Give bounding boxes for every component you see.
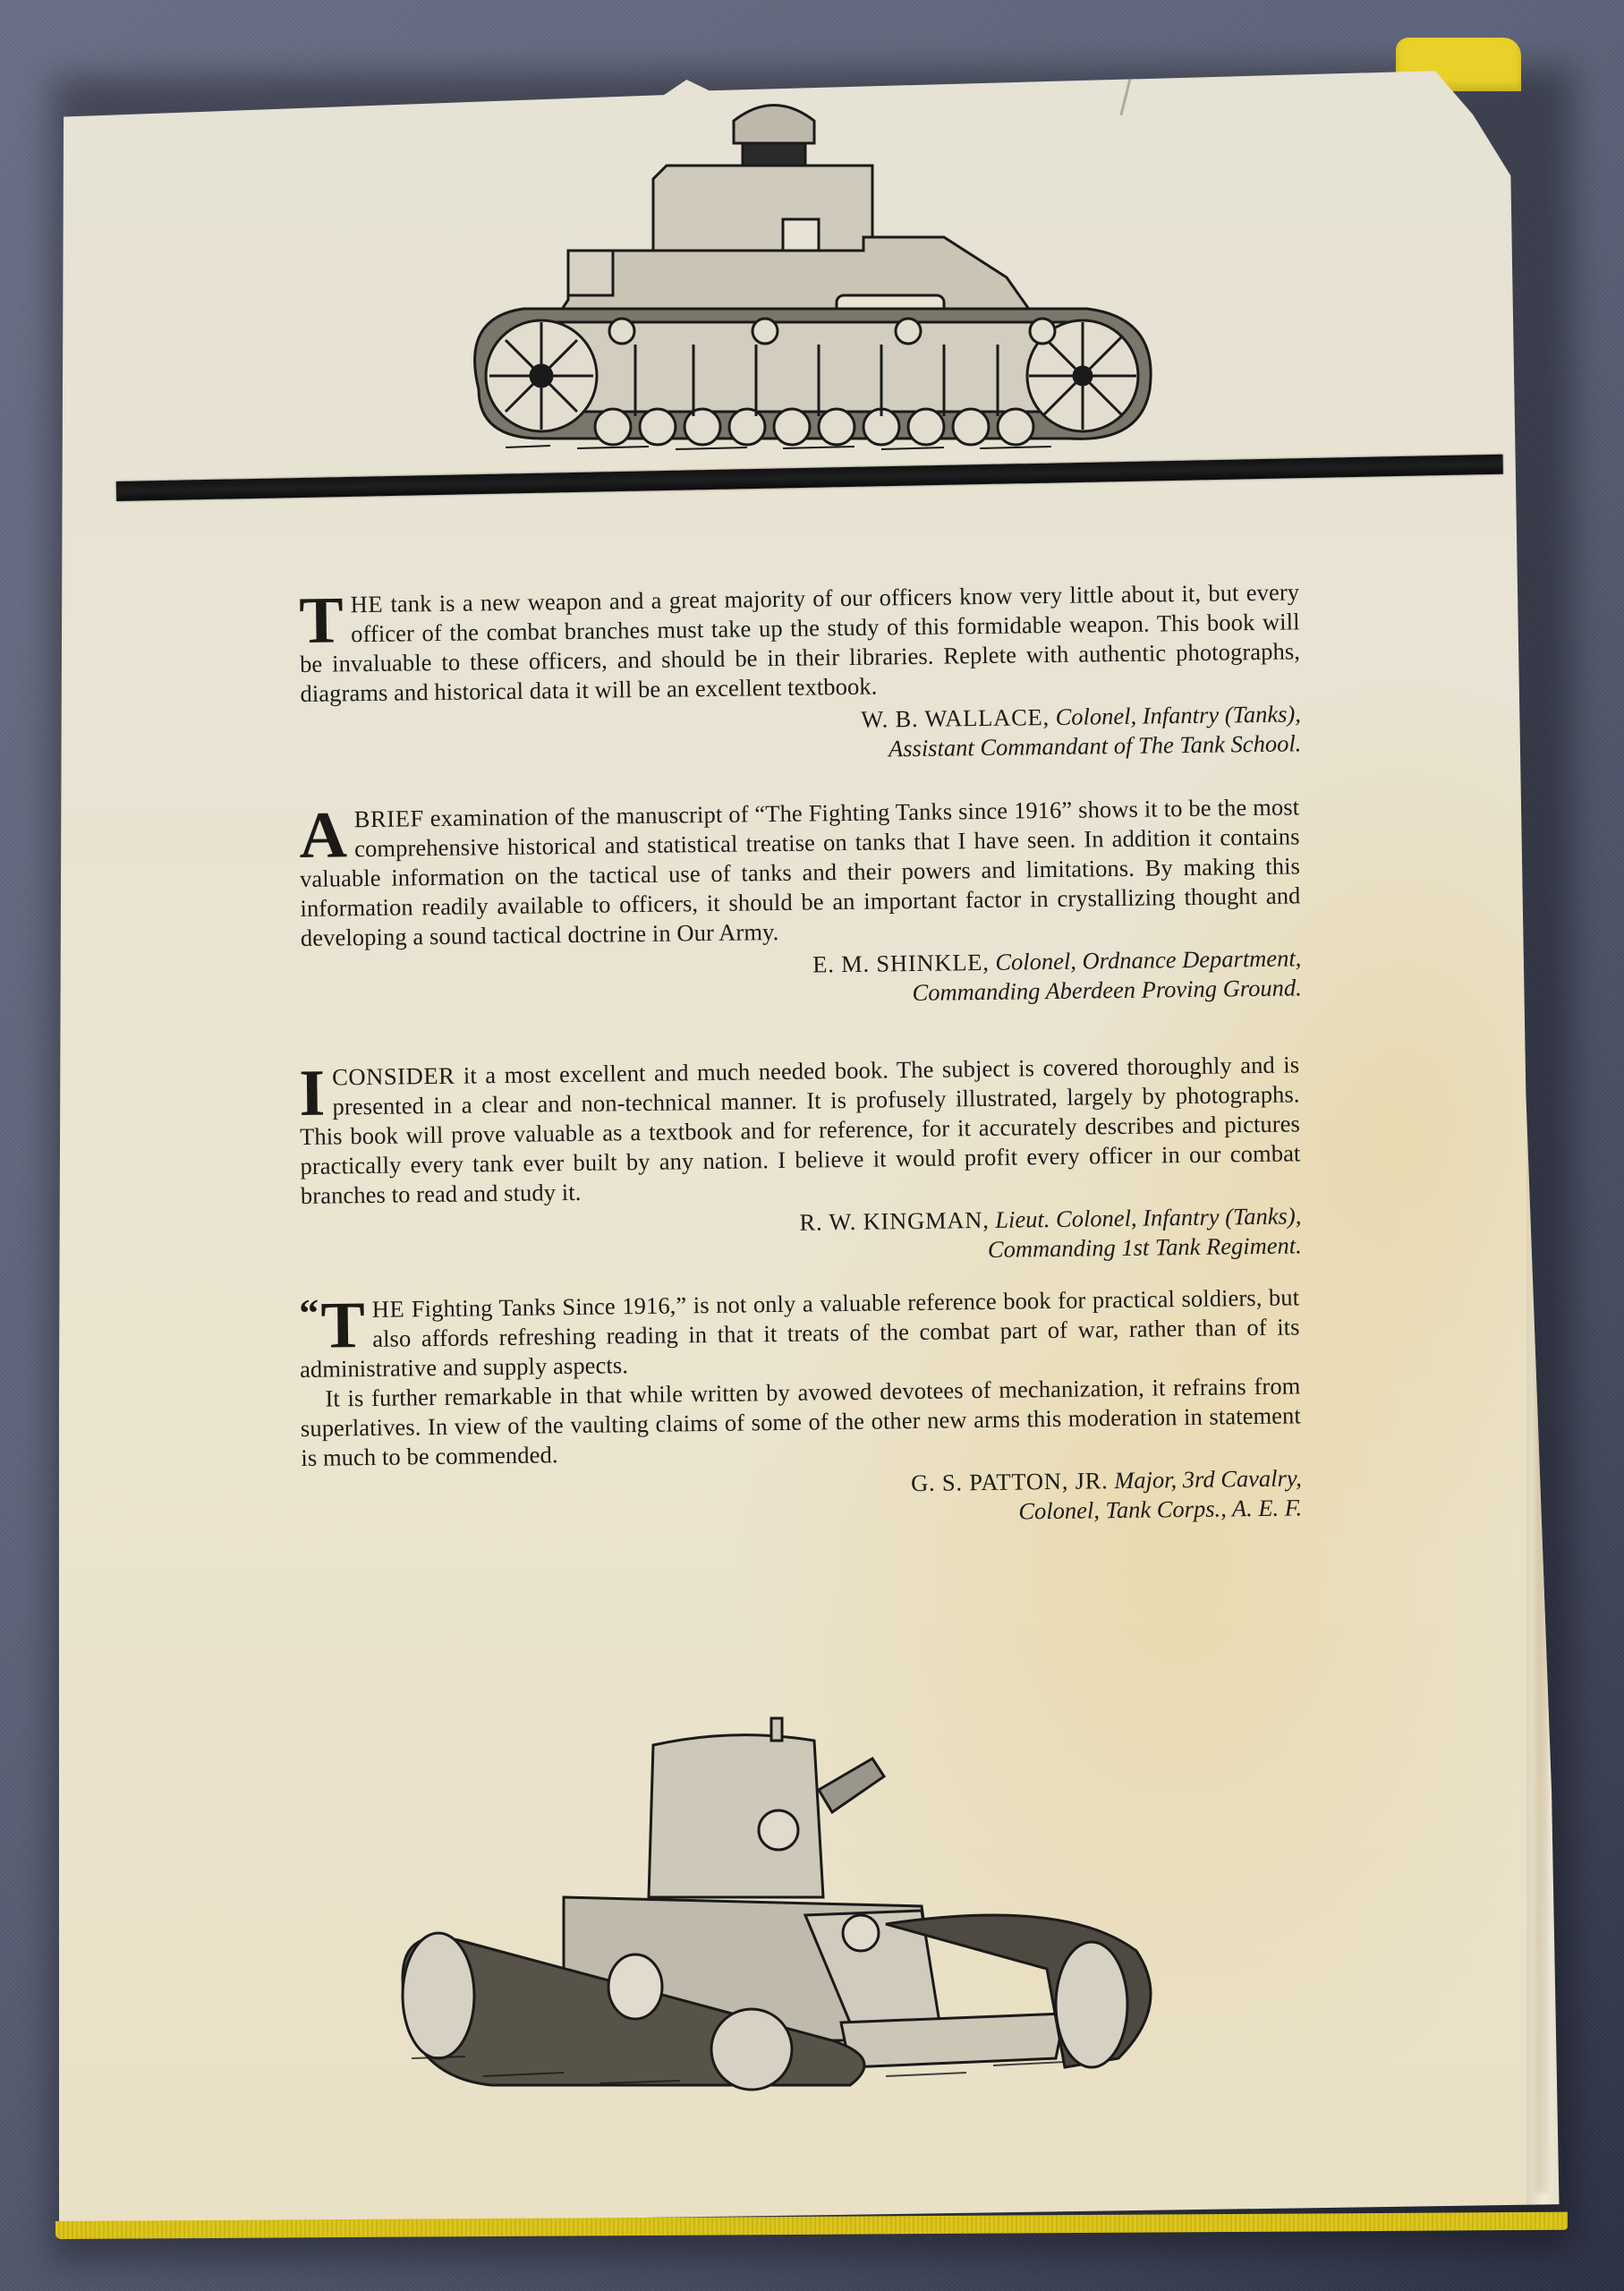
spine-text: Ol (1573, 2148, 1589, 2163)
top-tank-illustration (443, 94, 1177, 452)
signer-title: Major, 3rd Cavalry, (1114, 1464, 1302, 1494)
signer-name: E. M. SHINKLE, (812, 949, 990, 978)
signer-name: G. S. PATTON, JR. (911, 1467, 1109, 1496)
open-quote: “ (299, 1296, 319, 1332)
signer-title: Lieut. Colonel, Infantry (Tanks), (995, 1202, 1301, 1232)
bottom-tank-illustration (385, 1682, 1172, 2094)
signer-title: Colonel, Infantry (Tanks), (1055, 700, 1301, 730)
drop-cap: T (299, 590, 344, 646)
drop-cap: I (299, 1063, 326, 1119)
signer-name: R. W. KINGMAN, (799, 1206, 990, 1236)
testimonial-shinkle: ABRIEF examination of the manuscript of … (299, 792, 1302, 1016)
testimonial-body: ABRIEF examination of the manuscript of … (299, 792, 1301, 953)
signer-name: W. B. WALLACE, (861, 703, 1050, 733)
drop-cap: A (299, 805, 347, 861)
testimonial-body: THE tank is a new weapon and a great maj… (299, 577, 1301, 709)
testimonial-wallace: THE tank is a new weapon and a great maj… (299, 577, 1302, 771)
testimonial-body: ICONSIDER it a most excellent and much n… (299, 1050, 1301, 1211)
testimonial-body-paragraph-2: It is further remarkable in that while w… (300, 1371, 1301, 1473)
testimonial-body: “THE Fighting Tanks Since 1916,” is not … (299, 1282, 1300, 1384)
testimonial-kingman: ICONSIDER it a most excellent and much n… (299, 1050, 1302, 1273)
testimonial-patton: “THE Fighting Tanks Since 1916,” is not … (299, 1282, 1302, 1536)
signer-title: Colonel, Ordnance Department, (995, 944, 1301, 975)
drop-cap: T (320, 1295, 365, 1351)
